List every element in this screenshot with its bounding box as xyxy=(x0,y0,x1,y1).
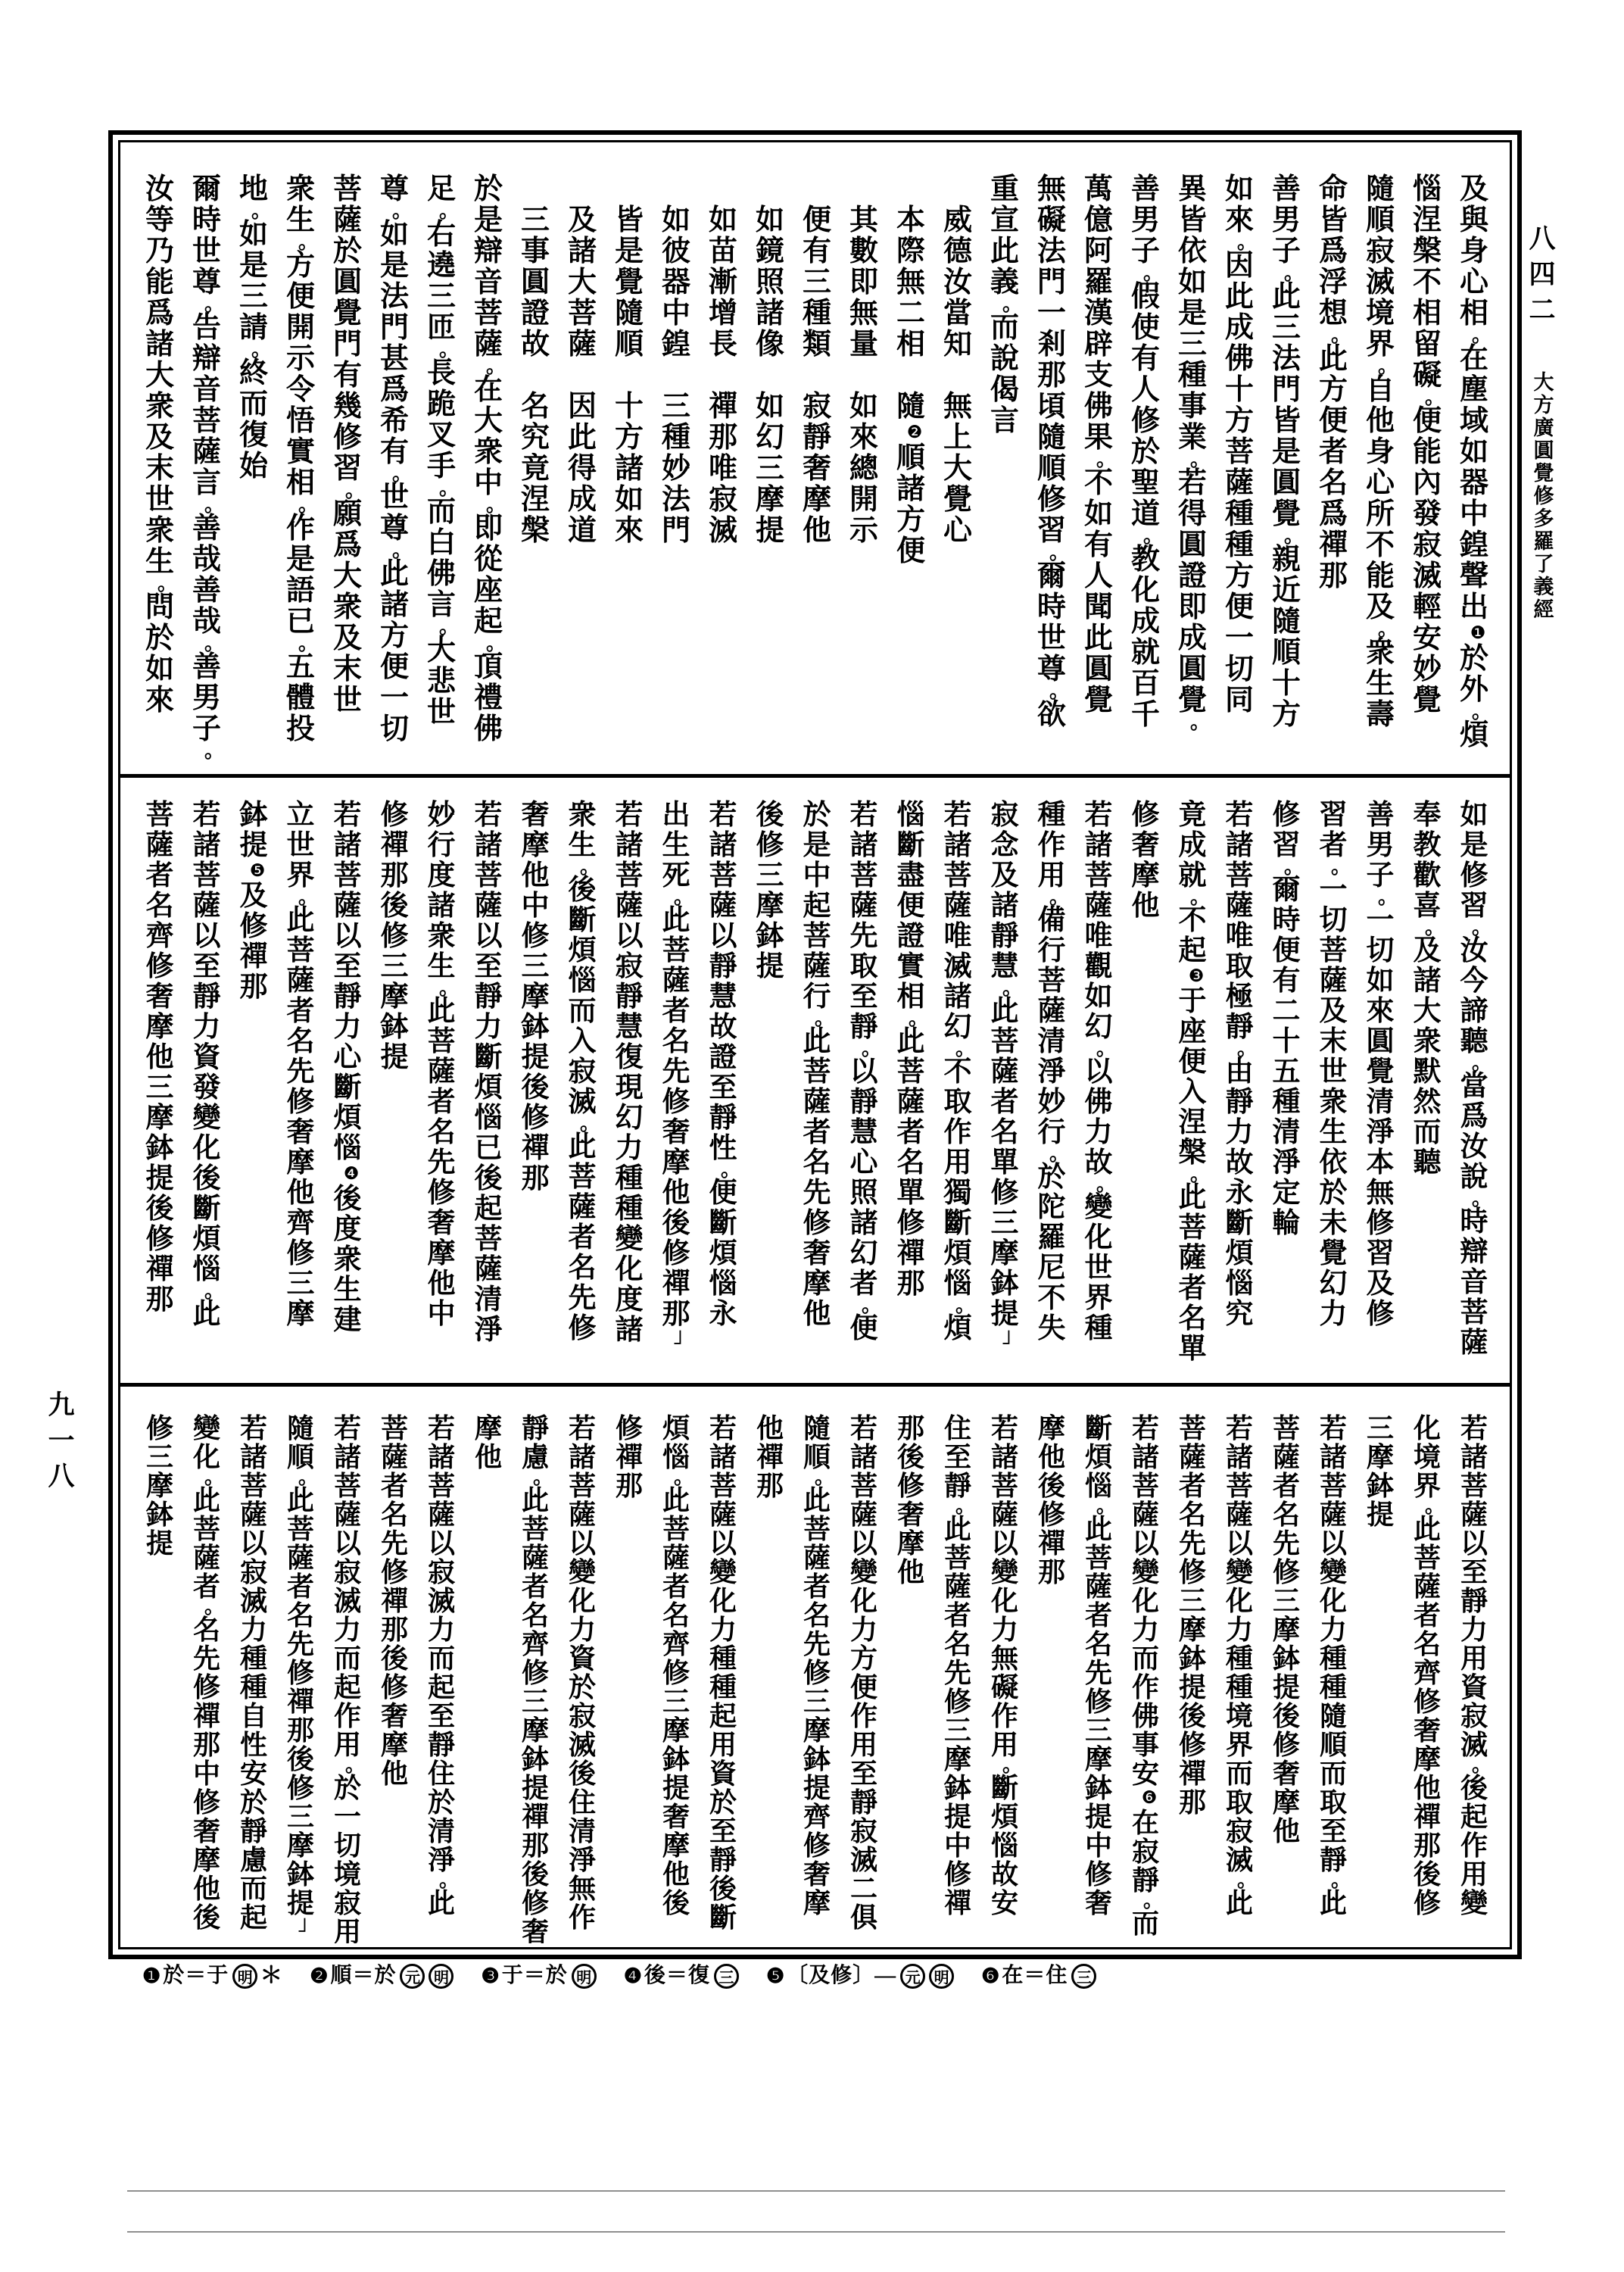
text-column: 若諸菩薩以變化力種種境界而取寂滅。此 xyxy=(1216,1414,1263,1943)
footnote-item: ❶於＝于明＊ xyxy=(142,1963,282,1989)
text-column: 及諸大菩薩因此得成道 xyxy=(559,174,606,760)
margin-char: 了 xyxy=(1526,553,1561,576)
text-column: 如苗漸增長禪那唯寂滅 xyxy=(700,174,747,760)
text-column: 若諸菩薩先取至靜。以靜慧心照諸幻者。便 xyxy=(840,801,887,1365)
text-column: 種作用。備行菩薩清淨妙行。於陀羅尼不失 xyxy=(1028,801,1075,1365)
footnote-marker: ❷ xyxy=(897,423,932,443)
text-column: 若諸菩薩以變化力資於寂滅後住清淨無作 xyxy=(559,1414,606,1943)
text-column: 異皆依如是三種事業。若得圓證即成圓覺。 xyxy=(1169,174,1216,760)
text-register-top: 及與身心相。在塵域如器中鍠聲出❶於外。煩惱涅槃不相留礙。便能內發寂滅輕安妙覺隨順… xyxy=(120,142,1510,778)
text-column: 無礙法門一剎那頃隨順修習。爾時世尊。欲 xyxy=(1028,174,1075,760)
text-column: 若諸菩薩以變化力方便作用至靜寂滅二俱 xyxy=(840,1414,887,1943)
margin-char: 大 xyxy=(1526,371,1561,394)
text-column: 化境界。此菩薩者名齊修奢摩他禪那後修 xyxy=(1404,1414,1451,1943)
text-column: 地。如是三請。終而復始 xyxy=(230,174,277,760)
text-column: 斷煩惱。此菩薩者名先修三摩鉢提中修奢 xyxy=(1075,1414,1122,1943)
bottom-rule-1 xyxy=(127,2190,1505,2192)
text-number-label: 八四二 xyxy=(1525,221,1560,328)
text-column: 修奢摩他 xyxy=(1122,801,1169,1365)
footnote-text: 後＝復 xyxy=(644,1963,710,1989)
margin-char: 四 xyxy=(1525,257,1560,292)
column-group-bottom: 若諸菩薩以至靜力用資寂滅。後起作用變化境界。此菩薩者名齊修奢摩他禪那後修三摩鉢提… xyxy=(120,1414,1510,1943)
footnote-marker: ❷ xyxy=(310,1963,328,1989)
text-column: 如是修習。汝今諦聽。當爲汝說。時辯音菩薩 xyxy=(1451,801,1498,1365)
edition-mark: 明 xyxy=(429,1964,454,1989)
text-column: 善男子。一切如來圓覺清淨本無修習及修 xyxy=(1357,801,1404,1365)
margin-char: 經 xyxy=(1526,598,1561,621)
text-column: 若諸菩薩以至靜力用資寂滅。後起作用變 xyxy=(1451,1414,1498,1943)
footnote-text: 順＝於 xyxy=(330,1963,396,1989)
text-column: 菩薩者名先修三摩鉢提後修禪那 xyxy=(1169,1414,1216,1943)
text-column: 他禪那 xyxy=(747,1414,793,1943)
text-column: 若諸菩薩以至靜力資發變化後斷煩惱。此 xyxy=(183,801,230,1365)
text-column: 煩惱。此菩薩者名齊修三摩鉢提奢摩他後 xyxy=(653,1414,700,1943)
footnote-item: ❷順＝於元明 xyxy=(310,1963,454,1989)
text-column: 菩薩者名先修三摩鉢提後修奢摩他 xyxy=(1263,1414,1310,1943)
margin-char: 九 xyxy=(44,1387,79,1423)
footnote-marker: ❹ xyxy=(334,1164,369,1184)
text-column: 重宣此義。而說偈言 xyxy=(981,174,1028,760)
page-number: 九一八 xyxy=(44,1387,79,1494)
text-column: 若諸菩薩以變化力種種隨順而取至靜。此 xyxy=(1310,1414,1357,1943)
edition-mark: 元 xyxy=(400,1964,425,1989)
footnote-text: 〔及修〕— xyxy=(787,1963,896,1989)
margin-char: 修 xyxy=(1526,485,1561,507)
text-column: 菩薩者名齊修奢摩他三摩鉢提後修禪那 xyxy=(136,801,183,1365)
text-column: 善男子。此三法門皆是圓覺。親近隨順十方 xyxy=(1263,174,1310,760)
text-column: 後修三摩鉢提 xyxy=(747,801,793,1365)
text-column: 及與身心相。在塵域如器中鍠聲出❶於外。煩 xyxy=(1451,174,1498,760)
edition-mark: 三 xyxy=(714,1964,739,1989)
margin-char: 羅 xyxy=(1526,530,1561,553)
margin-char: 八 xyxy=(44,1459,79,1494)
text-column: 尊。如是法門甚爲希有。世尊。此諸方便一切 xyxy=(371,174,418,760)
text-column: 本際無二相隨❷順諸方便 xyxy=(887,174,934,760)
text-column: 三事圓證故名究竟涅槃 xyxy=(512,174,559,760)
footnote-marker: ❶ xyxy=(1460,623,1495,644)
margin-char: 義 xyxy=(1526,576,1561,598)
text-column: 汝等乃能爲諸大衆及末世衆生。問於如來 xyxy=(136,174,183,760)
scanned-sutra-page: 八四二 大方廣圓覺修多羅了義經 及與身心相。在塵域如器中鍠聲出❶於外。煩惱涅槃不… xyxy=(0,0,1624,2272)
text-column: 靜慮。此菩薩者名齊修三摩鉢提禪那後修奢 xyxy=(512,1414,559,1943)
edition-mark: 明 xyxy=(232,1964,257,1989)
text-column: 若諸菩薩以寂滅力而起至靜住於清淨。此 xyxy=(418,1414,465,1943)
footnote-item: ❹後＝復三 xyxy=(624,1963,739,1989)
text-column: 如來。因此成佛十方菩薩種種方便一切同 xyxy=(1216,174,1263,760)
text-column: 習者。一切菩薩及末世衆生依於未覺幻力 xyxy=(1310,801,1357,1365)
text-column: 奉教歡喜。及諸大衆默然而聽 xyxy=(1404,801,1451,1365)
footnote-text: 在＝住 xyxy=(1002,1963,1068,1989)
text-register-middle: 如是修習。汝今諦聽。當爲汝說。時辯音菩薩奉教歡喜。及諸大衆默然而聽善男子。一切如… xyxy=(120,778,1510,1387)
text-column: 奢摩他中修三摩鉢提後修禪那 xyxy=(512,801,559,1365)
text-column: 三摩鉢提 xyxy=(1357,1414,1404,1943)
footnote-text: 于＝於 xyxy=(502,1963,568,1989)
footnote-marker: ❸ xyxy=(481,1963,499,1989)
text-column: 變化。此菩薩者。名先修禪那中修奢摩他後 xyxy=(183,1414,230,1943)
running-sutra-title: 大方廣圓覺修多羅了義經 xyxy=(1526,371,1561,621)
text-column: 若諸菩薩以變化力種種起用資於至靜後斷 xyxy=(700,1414,747,1943)
footnote-marker: ❸ xyxy=(1179,966,1214,987)
margin-char: 覺 xyxy=(1526,462,1561,485)
text-column: 便有三種類寂靜奢摩他 xyxy=(793,174,840,760)
text-column: 隨順寂滅境界。自他身心所不能及。衆生壽 xyxy=(1357,174,1404,760)
text-column: 竟成就。不起❸于座便入涅槃。此菩薩者名單 xyxy=(1169,801,1216,1365)
margin-char: 方 xyxy=(1526,394,1561,417)
text-column: 摩他 xyxy=(465,1414,512,1943)
footnote-row: ❶於＝于明＊❷順＝於元明❸于＝於明❹後＝復三❺〔及修〕—元明❻在＝住三 xyxy=(142,1963,1505,1989)
text-column: 皆是覺隨順十方諸如來 xyxy=(606,174,653,760)
text-column: 隨順。此菩薩者名先修禪那後修三摩鉢提」 xyxy=(277,1414,324,1943)
footnote-item: ❸于＝於明 xyxy=(481,1963,596,1989)
text-column: 修習。爾時便有二十五種清淨定輪 xyxy=(1263,801,1310,1365)
edition-mark: 三 xyxy=(1071,1964,1096,1989)
text-column: 若諸菩薩以至靜力斷煩惱已後起菩薩清淨 xyxy=(465,801,512,1365)
text-column: 若諸菩薩唯觀如幻。以佛力故。變化世界種 xyxy=(1075,801,1122,1365)
text-column: 摩他後修禪那 xyxy=(1028,1414,1075,1943)
text-column: 立世界。此菩薩者名先修奢摩他齊修三摩 xyxy=(277,801,324,1365)
text-column: 寂念及諸靜慧。此菩薩者名單修三摩鉢提」 xyxy=(981,801,1028,1365)
text-column: 鉢提❺及修禪那 xyxy=(230,801,277,1365)
footnote-marker: ❻ xyxy=(1132,1788,1167,1809)
footnote-marker: ❻ xyxy=(981,1963,999,1989)
footnote-marker: ❺ xyxy=(766,1963,784,1989)
text-column: 若諸菩薩唯滅諸幻。不取作用獨斷煩惱。煩 xyxy=(934,801,981,1365)
text-column: 爾時世尊。告辯音菩薩言。善哉善哉。善男子。 xyxy=(183,174,230,760)
text-column: 足。右遶三匝。長跪叉手。而白佛言。大悲世 xyxy=(418,174,465,760)
text-column: 惱涅槃不相留礙。便能內發寂滅輕安妙覺 xyxy=(1404,174,1451,760)
margin-char: 二 xyxy=(1525,292,1560,328)
text-column: 修禪那後修三摩鉢提 xyxy=(371,801,418,1365)
edition-mark: 明 xyxy=(929,1964,954,1989)
text-column: 若諸菩薩以變化力而作佛事安❻在寂靜。而 xyxy=(1122,1414,1169,1943)
content-frame: 及與身心相。在塵域如器中鍠聲出❶於外。煩惱涅槃不相留礙。便能內發寂滅輕安妙覺隨順… xyxy=(108,130,1522,1959)
text-column: 於是中起菩薩行。此菩薩者名先修奢摩他 xyxy=(793,801,840,1365)
text-column: 如彼器中鍠三種妙法門 xyxy=(653,174,700,760)
column-group-middle: 如是修習。汝今諦聽。當爲汝說。時辯音菩薩奉教歡喜。及諸大衆默然而聽善男子。一切如… xyxy=(120,801,1510,1365)
footnote-item: ❻在＝住三 xyxy=(981,1963,1096,1989)
footnote-item: ❺〔及修〕—元明 xyxy=(766,1963,954,1989)
margin-char: 一 xyxy=(44,1423,79,1459)
text-column: 威德汝當知無上大覺心 xyxy=(934,174,981,760)
text-column: 命皆爲浮想。此方便者名爲禪那 xyxy=(1310,174,1357,760)
text-column: 如鏡照諸像如幻三摩提 xyxy=(747,174,793,760)
margin-char: 廣 xyxy=(1526,417,1561,439)
margin-char: 八 xyxy=(1525,221,1560,257)
text-column: 其數即無量如來總開示 xyxy=(840,174,887,760)
content-frame-inner: 及與身心相。在塵域如器中鍠聲出❶於外。煩惱涅槃不相留礙。便能內發寂滅輕安妙覺隨順… xyxy=(118,140,1512,1949)
text-column: 若諸菩薩以寂滅力種種自性安於靜慮而起 xyxy=(230,1414,277,1943)
footnote-suffix: ＊ xyxy=(260,1963,282,1989)
text-column: 衆生。方便開示令悟實相。作是語已。五體投 xyxy=(277,174,324,760)
text-column: 於是辯音菩薩。在大衆中。即從座起。頂禮佛 xyxy=(465,174,512,760)
text-column: 惱斷盡便證實相。此菩薩者名單修禪那 xyxy=(887,801,934,1365)
column-group-top: 及與身心相。在塵域如器中鍠聲出❶於外。煩惱涅槃不相留礙。便能內發寂滅輕安妙覺隨順… xyxy=(120,174,1510,760)
text-column: 住至靜。此菩薩者名先修三摩鉢提中修禪 xyxy=(934,1414,981,1943)
text-column: 菩薩者名先修禪那後修奢摩他 xyxy=(371,1414,418,1943)
text-column: 菩薩於圓覺門有幾修習。願爲大衆及末世 xyxy=(324,174,371,760)
text-column: 修三摩鉢提 xyxy=(136,1414,183,1943)
text-column: 若諸菩薩以寂滅力而起作用。於一切境寂用 xyxy=(324,1414,371,1943)
footnote-marker: ❹ xyxy=(624,1963,642,1989)
text-column: 若諸菩薩以變化力無礙作用。斷煩惱故安 xyxy=(981,1414,1028,1943)
margin-char: 多 xyxy=(1526,507,1561,530)
footnote-marker: ❺ xyxy=(240,861,275,882)
text-column: 若諸菩薩以靜慧故證至靜性。便斷煩惱永 xyxy=(700,801,747,1365)
text-column: 隨順。此菩薩者名先修三摩鉢提齊修奢摩 xyxy=(793,1414,840,1943)
edition-mark: 元 xyxy=(900,1964,925,1989)
text-register-bottom: 若諸菩薩以至靜力用資寂滅。後起作用變化境界。此菩薩者名齊修奢摩他禪那後修三摩鉢提… xyxy=(120,1387,1510,1943)
text-column: 萬億阿羅漢辟支佛果。不如有人聞此圓覺 xyxy=(1075,174,1122,760)
text-column: 若諸菩薩唯取極靜。由靜力故永斷煩惱究 xyxy=(1216,801,1263,1365)
text-column: 若諸菩薩以寂靜慧復現幻力種種變化度諸 xyxy=(606,801,653,1365)
text-column: 衆生。後斷煩惱而入寂滅。此菩薩者名先修 xyxy=(559,801,606,1365)
text-column: 出生死。此菩薩者名先修奢摩他後修禪那」 xyxy=(653,801,700,1365)
footnote-text: 於＝于 xyxy=(163,1963,229,1989)
text-column: 修禪那 xyxy=(606,1414,653,1943)
text-column: 那後修奢摩他 xyxy=(887,1414,934,1943)
bottom-rule-2 xyxy=(127,2231,1505,2233)
text-column: 若諸菩薩以至靜力心斷煩惱❹後度衆生建 xyxy=(324,801,371,1365)
text-column: 妙行度諸衆生。此菩薩者名先修奢摩他中 xyxy=(418,801,465,1365)
text-column: 善男子。假使有人修於聖道。教化成就百千 xyxy=(1122,174,1169,760)
margin-char: 圓 xyxy=(1526,439,1561,462)
footnote-marker: ❶ xyxy=(142,1963,161,1989)
edition-mark: 明 xyxy=(572,1964,597,1989)
